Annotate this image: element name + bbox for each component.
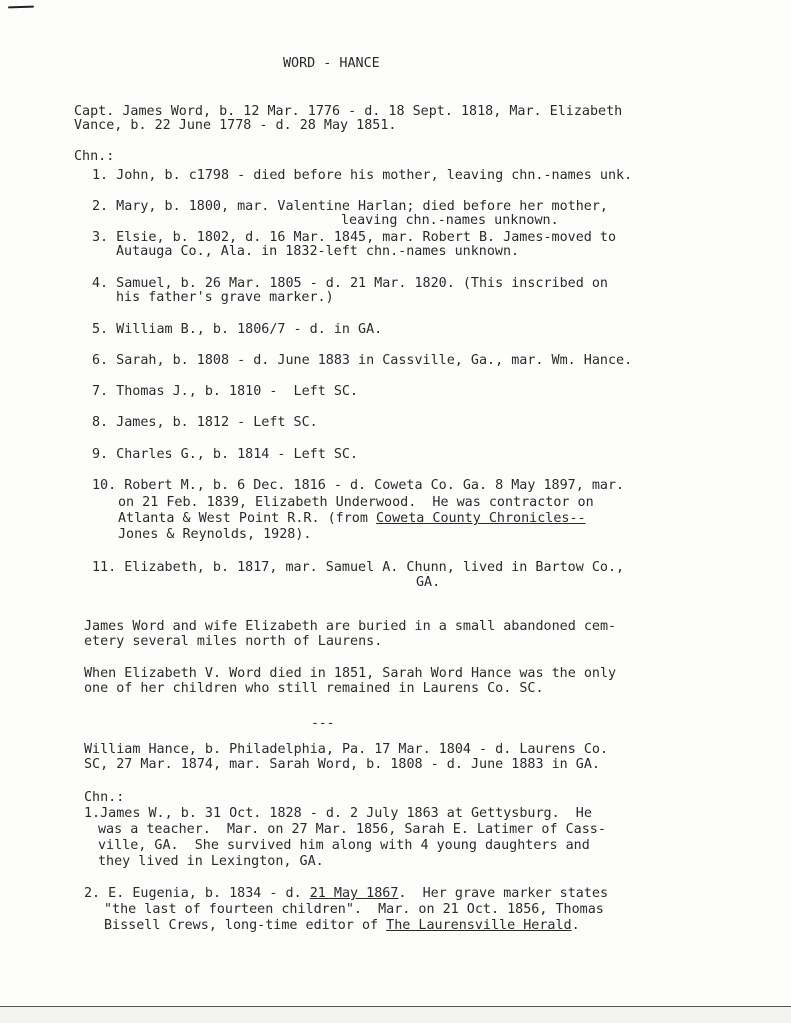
burial-note-1: James Word and wife Elizabeth are buried… xyxy=(84,619,616,634)
child-item: 5. William B., b. 1806/7 - d. in GA. xyxy=(92,322,382,337)
hance-intro-2: SC, 27 Mar. 1874, mar. Sarah Word, b. 18… xyxy=(84,757,600,772)
child-item-cont: Jones & Reynolds, 1928). xyxy=(118,527,311,542)
child-item: 10. Robert M., b. 6 Dec. 1816 - d. Cowet… xyxy=(92,478,624,493)
child-item-cont: ville, GA. She survived him along with 4… xyxy=(98,838,590,853)
section-separator: --- xyxy=(311,716,334,731)
child-item: 2. E. Eugenia, b. 1834 - d. 21 May 1867.… xyxy=(84,886,608,901)
child-item: 6. Sarah, b. 1808 - d. June 1883 in Cass… xyxy=(92,353,632,368)
child-item-cont: they lived in Lexington, GA. xyxy=(98,854,324,869)
intro-line-2: Vance, b. 22 June 1778 - d. 28 May 1851. xyxy=(74,118,396,133)
child-item: 1. John, b. c1798 - died before his moth… xyxy=(92,168,632,183)
child-item-cont: Bissell Crews, long-time editor of The L… xyxy=(104,918,580,933)
burial-note-2: etery several miles north of Laurens. xyxy=(84,634,382,649)
child-item: 4. Samuel, b. 26 Mar. 1805 - d. 21 Mar. … xyxy=(92,276,608,291)
child-item: 7. Thomas J., b. 1810 - Left SC. xyxy=(92,384,358,399)
pen-mark xyxy=(8,6,34,9)
child-item-cont: GA. xyxy=(416,575,440,590)
child-item-cont: "the last of fourteen children". Mar. on… xyxy=(104,902,604,917)
hance-intro-1: William Hance, b. Philadelphia, Pa. 17 M… xyxy=(84,742,608,757)
child-item-cont: Autauga Co., Ala. in 1832-left chn.-name… xyxy=(116,244,519,259)
intro-line-1: Capt. James Word, b. 12 Mar. 1776 - d. 1… xyxy=(74,104,622,119)
child-item-cont: was a teacher. Mar. on 27 Mar. 1856, Sar… xyxy=(98,822,606,837)
child-item-cont: his father's grave marker.) xyxy=(116,290,334,305)
child-item-cont: leaving chn.-names unknown. xyxy=(341,213,559,228)
child-item: 11. Elizabeth, b. 1817, mar. Samuel A. C… xyxy=(92,560,624,575)
newspaper-title: The Laurensville Herald xyxy=(386,918,571,933)
scan-background xyxy=(0,1007,791,1023)
child-item-cont: Atlanta & West Point R.R. (from Coweta C… xyxy=(118,511,586,526)
children-label: Chn.: xyxy=(74,149,114,164)
child-item: 2. Mary, b. 1800, mar. Valentine Harlan;… xyxy=(92,199,608,214)
remained-note-2: one of her children who still remained i… xyxy=(84,681,544,696)
child-item: 8. James, b. 1812 - Left SC. xyxy=(92,415,318,430)
remained-note-1: When Elizabeth V. Word died in 1851, Sar… xyxy=(84,666,616,681)
child-item: 9. Charles G., b. 1814 - Left SC. xyxy=(92,447,358,462)
page-title: WORD - HANCE xyxy=(283,56,380,71)
child-item-cont: on 21 Feb. 1839, Elizabeth Underwood. He… xyxy=(118,495,594,510)
death-date-underlined: 21 May 1867 xyxy=(310,886,399,901)
document-page: WORD - HANCE Capt. James Word, b. 12 Mar… xyxy=(0,0,791,1007)
book-citation: Coweta County Chronicles-- xyxy=(376,511,586,526)
child-item: 1.James W., b. 31 Oct. 1828 - d. 2 July … xyxy=(84,806,592,821)
children-label: Chn.: xyxy=(84,790,124,805)
child-item: 3. Elsie, b. 1802, d. 16 Mar. 1845, mar.… xyxy=(92,230,616,245)
